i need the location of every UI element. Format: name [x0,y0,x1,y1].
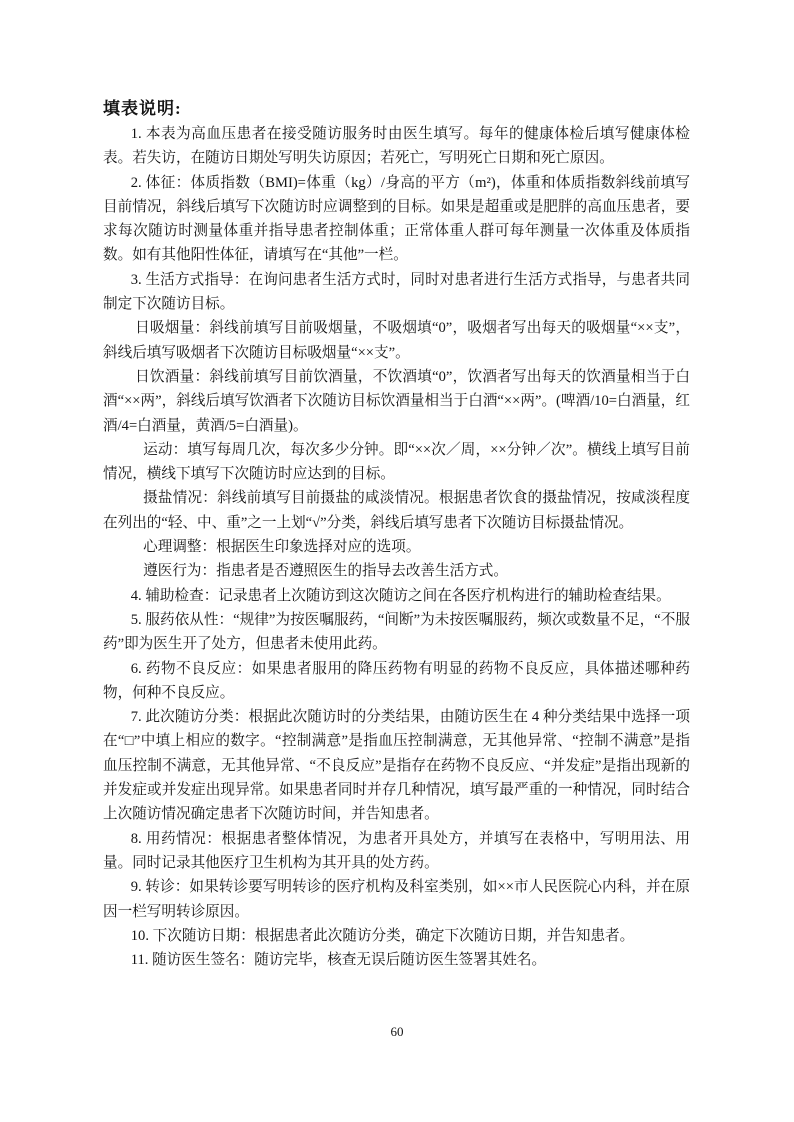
instruction-paragraph-8: 心理调整：根据医生印象选择对应的选项。 [103,535,690,559]
instruction-paragraph-3: 3. 生活方式指导：在询问患者生活方式时，同时对患者进行生活方式指导，与患者共同… [103,268,690,317]
instruction-paragraph-9: 遵医行为：指患者是否遵照医生的指导去改善生活方式。 [103,559,690,583]
instruction-paragraph-2: 2. 体征：体质指数（BMI)=体重（kg）/身高的平方（m²)，体重和体质指数… [103,171,690,268]
instruction-paragraph-15: 9. 转诊：如果转诊要写明转诊的医疗机构及科室类别，如××市人民医院心内科，并在… [103,875,690,924]
instruction-paragraph-1: 1. 本表为高血压患者在接受随访服务时由医生填写。每年的健康体检后填写健康体检表… [103,122,690,171]
instruction-paragraph-12: 6. 药物不良反应：如果患者服用的降压药物有明显的药物不良反应，具体描述哪种药物… [103,657,690,706]
instruction-paragraph-16: 10. 下次随访日期：根据患者此次随访分类，确定下次随访日期，并告知患者。 [103,924,690,948]
instructions-section: 填表说明: 1. 本表为高血压患者在接受随访服务时由医生填写。每年的健康体检后填… [103,96,690,972]
instruction-paragraph-6: 运动：填写每周几次，每次多少分钟。即“××次／周，××分钟／次”。横线上填写目前… [103,438,690,487]
document-page: 填表说明: 1. 本表为高血压患者在接受随访服务时由医生填写。每年的健康体检后填… [0,0,794,1122]
instruction-paragraph-5: 日饮酒量：斜线前填写目前饮酒量，不饮酒填“0”，饮酒者写出每天的饮酒量相当于白酒… [103,365,690,438]
page-number: 60 [0,1024,794,1040]
instruction-paragraph-7: 摄盐情况：斜线前填写目前摄盐的咸淡情况。根据患者饮食的摄盐情况，按咸淡程度在列出… [103,486,690,535]
instruction-paragraph-11: 5. 服药依从性：“规律”为按医嘱服药，“间断”为未按医嘱服药，频次或数量不足，… [103,608,690,657]
instruction-paragraph-14: 8. 用药情况：根据患者整体情况，为患者开具处方，并填写在表格中，写明用法、用量… [103,827,690,876]
section-title: 填表说明: [103,96,690,122]
instruction-paragraph-10: 4. 辅助检查：记录患者上次随访到这次随访之间在各医疗机构进行的辅助检查结果。 [103,584,690,608]
instructions-body: 1. 本表为高血压患者在接受随访服务时由医生填写。每年的健康体检后填写健康体检表… [103,122,690,972]
instruction-paragraph-17: 11. 随访医生签名：随访完毕，核查无误后随访医生签署其姓名。 [103,948,690,972]
instruction-paragraph-4: 日吸烟量：斜线前填写目前吸烟量，不吸烟填“0”，吸烟者写出每天的吸烟量“××支”… [103,316,690,365]
instruction-paragraph-13: 7. 此次随访分类：根据此次随访时的分类结果，由随访医生在 4 种分类结果中选择… [103,705,690,826]
